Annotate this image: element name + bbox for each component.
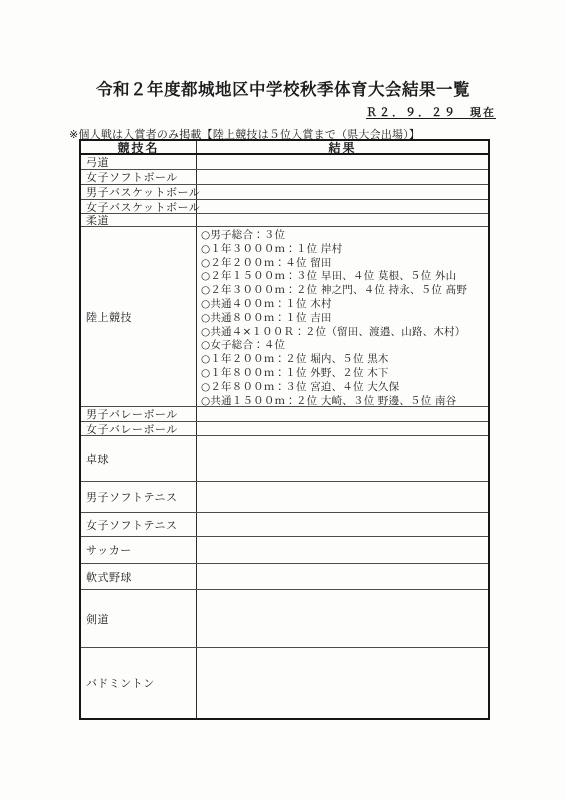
sport-name: サッカー (81, 537, 197, 563)
sport-name: 男子バレーボール (81, 407, 197, 421)
header-sport-name: 競技名 (81, 141, 197, 153)
table-row-athletics: 陸上競技 ○男子総合：３位 ○１年３０００ｍ：１位 岸村 ○２年２００ｍ：４位 … (81, 227, 488, 407)
sport-name: 卓球 (81, 436, 197, 481)
sport-name: 軟式野球 (81, 564, 197, 589)
result-cell (197, 170, 488, 184)
table-header-row: 競技名 結果 (81, 141, 488, 155)
result-line: ○２年１５００ｍ：３位 早田、４位 莫根、５位 外山 (201, 270, 488, 284)
table-row-girls-basketball: 女子バスケットボール (81, 200, 488, 214)
table-row-table-tennis: 卓球 (81, 436, 488, 482)
result-cell (197, 422, 488, 435)
result-cell (197, 155, 488, 169)
result-cell (197, 537, 488, 563)
sport-name: バドミントン (81, 648, 197, 718)
results-table: 競技名 結果 弓道 女子ソフトボール 男子バスケットボール 女子バスケットボール… (79, 139, 490, 720)
result-line: ○共通４×１００Ｒ：２位（留田、渡邉、山路、木村） (201, 326, 488, 340)
result-line: ○２年３０００ｍ：２位 神之門、４位 持永、５位 髙野 (201, 284, 488, 298)
result-cell (197, 564, 488, 589)
result-cell (197, 648, 488, 718)
table-row-judo: 柔道 (81, 214, 488, 227)
table-row-girls-softball: 女子ソフトボール (81, 170, 488, 185)
table-row-boys-soft-tennis: 男子ソフトテニス (81, 482, 488, 513)
as-of-date: Ｒ２．９．２９ 現在 (0, 104, 566, 120)
table-row-baseball: 軟式野球 (81, 564, 488, 590)
sport-name: 柔道 (81, 214, 197, 226)
table-row-kyudo: 弓道 (81, 155, 488, 170)
header-result: 結果 (197, 141, 488, 153)
result-cell (197, 482, 488, 512)
result-line: ○１年８００ｍ：１位 外野、２位 木下 (201, 367, 488, 381)
table-row-soccer: サッカー (81, 537, 488, 564)
sport-name: 女子ソフトテニス (81, 513, 197, 536)
result-cell (197, 185, 488, 199)
document-page: 令和２年度都城地区中学校秋季体育大会結果一覧 Ｒ２．９．２９ 現在 ※個人戦は入… (0, 0, 566, 800)
result-cell: ○男子総合：３位 ○１年３０００ｍ：１位 岸村 ○２年２００ｍ：４位 留田 ○２… (197, 227, 488, 406)
result-line: ○２年８００ｍ：３位 宮迫、４位 大久保 (201, 381, 488, 395)
sport-name: 女子バレーボール (81, 422, 197, 435)
sport-name: 女子ソフトボール (81, 170, 197, 184)
result-line: ○女子総合：４位 (201, 339, 488, 353)
table-row-girls-volleyball: 女子バレーボール (81, 422, 488, 436)
sport-name: 弓道 (81, 155, 197, 169)
result-line: ○男子総合：３位 (201, 229, 488, 243)
table-row-kendo: 剣道 (81, 590, 488, 648)
result-cell (197, 436, 488, 481)
result-line: ○１年２００ｍ：２位 堀内、５位 黒木 (201, 353, 488, 367)
table-row-girls-soft-tennis: 女子ソフトテニス (81, 513, 488, 537)
result-line: ○共通４００ｍ：１位 木村 (201, 298, 488, 312)
result-cell (197, 513, 488, 536)
result-line: ○共通８００ｍ：１位 吉田 (201, 312, 488, 326)
result-line: ○２年２００ｍ：４位 留田 (201, 257, 488, 271)
result-cell (197, 200, 488, 213)
table-row-badminton: バドミントン (81, 648, 488, 718)
result-cell (197, 407, 488, 421)
sport-name: 男子バスケットボール (81, 185, 197, 199)
page-title: 令和２年度都城地区中学校秋季体育大会結果一覧 (0, 76, 566, 100)
result-line: ○１年３０００ｍ：１位 岸村 (201, 243, 488, 257)
sport-name: 剣道 (81, 590, 197, 647)
result-cell (197, 214, 488, 226)
sport-name: 男子ソフトテニス (81, 482, 197, 512)
result-cell (197, 590, 488, 647)
sport-name: 陸上競技 (81, 227, 197, 406)
